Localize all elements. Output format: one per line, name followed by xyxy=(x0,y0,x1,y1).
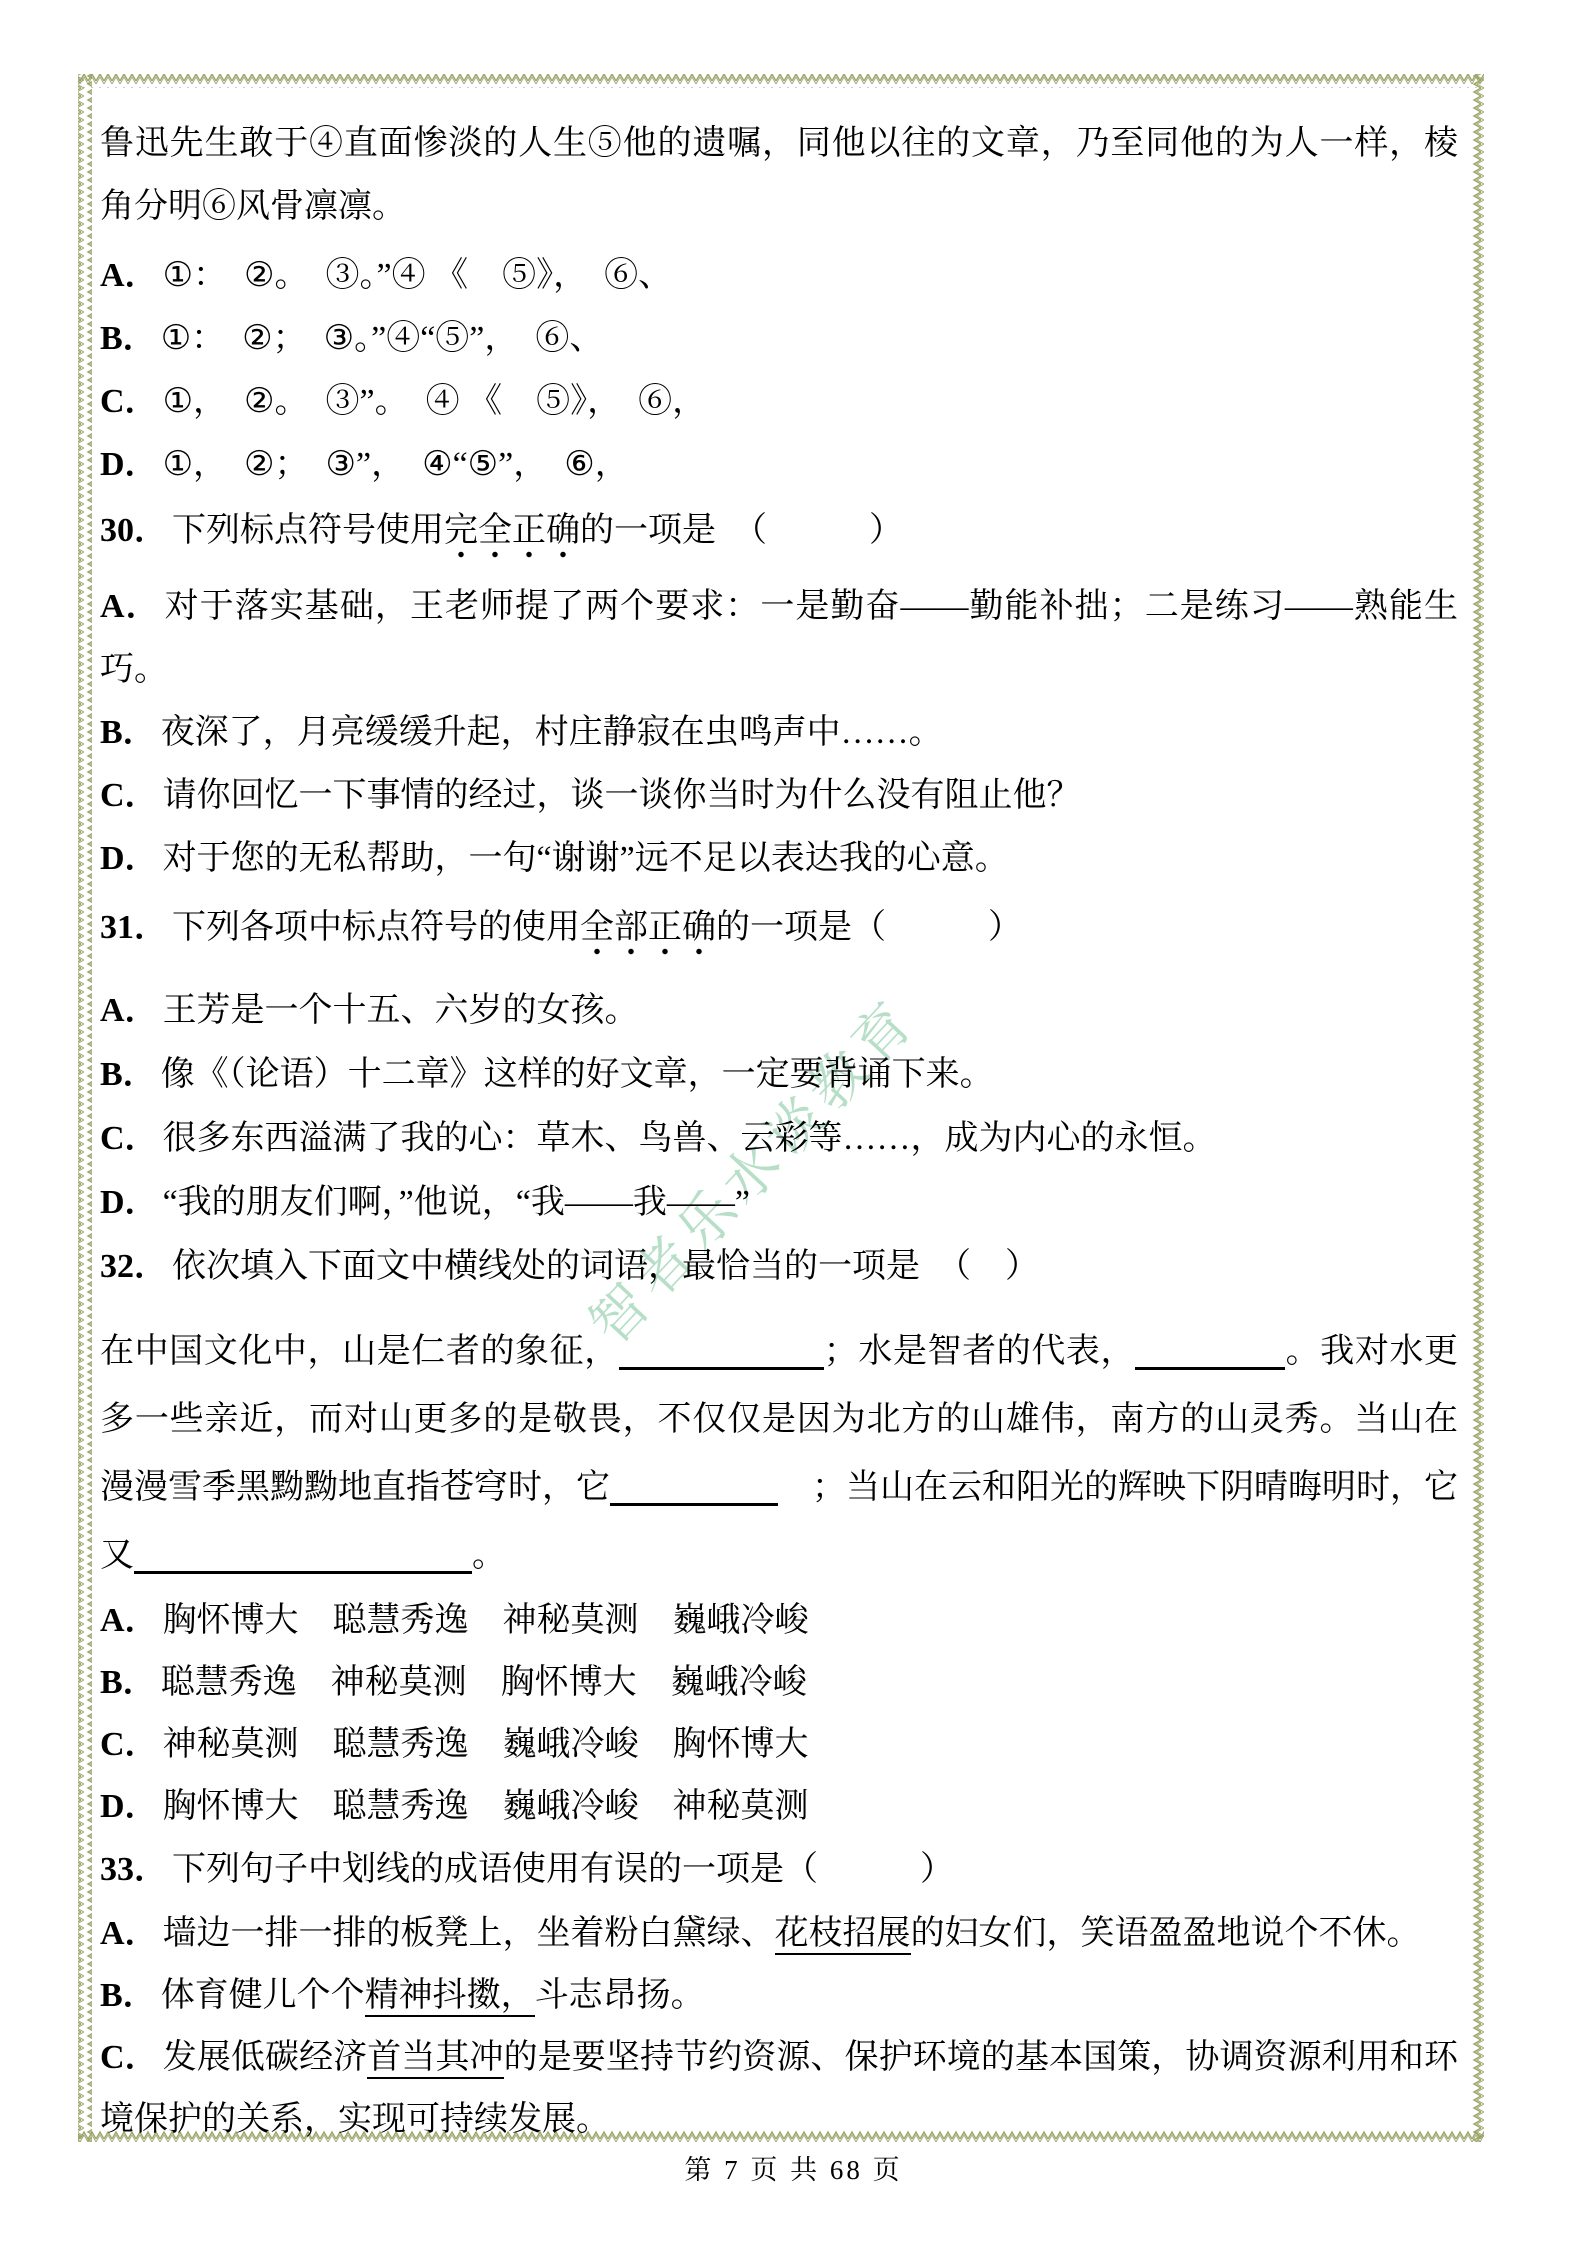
option-label: B． xyxy=(100,714,157,751)
option-text: 像《（论语）十二章》这样的好文章，一定要背诵下来。 xyxy=(161,1056,994,1093)
option-text: 对于落实基础，王老师提了两个要求：一是勤奋——勤能补拙；二是练习——熟能生巧。 xyxy=(100,588,1458,688)
q30-options: A．对于落实基础，王老师提了两个要求：一是勤奋——勤能补拙；二是练习——熟能生巧… xyxy=(100,575,1458,890)
q32-options: A．胸怀博大 聪慧秀逸 神秘莫测 巍峨冷峻 B．聪慧秀逸 神秘莫测 胸怀博大 巍… xyxy=(100,1590,1458,1838)
option-label: A． xyxy=(100,1915,159,1952)
option-row-a: A．胸怀博大 聪慧秀逸 神秘莫测 巍峨冷峻 xyxy=(100,1590,1458,1652)
exam-content: 鲁迅先生敢于④直面惨淡的人生⑤他的遗嘱，同他以往的文章，乃至同他的为人一样，棱角… xyxy=(100,100,1458,2151)
option-label: D． xyxy=(100,1184,159,1221)
option-text: 对于您的无私帮助，一句“谢谢”远不足以表达我的心意。 xyxy=(163,840,1009,877)
option-text: ①， ②； ③”， ④“⑤”， ⑥， xyxy=(163,446,629,483)
option-row-c: C．①， ②。 ③”。 ④ 《 ⑤》， ⑥， xyxy=(100,370,1458,433)
option-row-a: A．墙边一排一排的板凳上，坐着粉白黛绿、花枝招展的妇女们，笑语盈盈地说个不休。 xyxy=(100,1903,1458,1965)
q33-stem: 33．下列句子中划线的成语使用有误的一项是（ ） xyxy=(100,1838,1458,1901)
option-text: “我的朋友们啊，”他说，“我——我——” xyxy=(163,1184,750,1221)
option-label: D． xyxy=(100,840,159,877)
passage-text: 。 xyxy=(472,1537,506,1574)
blank-line-1 xyxy=(619,1337,824,1370)
option-text: 的妇女们，笑语盈盈地说个不休。 xyxy=(911,1915,1421,1952)
option-row-b: B．①： ②； ③。”④“⑤”， ⑥、 xyxy=(100,307,1458,370)
option-row-d: D．对于您的无私帮助，一句“谢谢”远不足以表达我的心意。 xyxy=(100,827,1458,890)
q29-options: A．①： ②。 ③。”④ 《 ⑤》， ⑥、 B．①： ②； ③。”④“⑤”， ⑥… xyxy=(100,244,1458,496)
option-row-a: A．对于落实基础，王老师提了两个要求：一是勤奋——勤能补拙；二是练习——熟能生巧… xyxy=(100,575,1458,701)
q31-options: A．王芳是一个十五、六岁的女孩。 B．像《（论语）十二章》这样的好文章，一定要背… xyxy=(100,979,1458,1235)
option-text: 胸怀博大 聪慧秀逸 神秘莫测 巍峨冷峻 xyxy=(163,1602,809,1639)
option-row-b: B．像《（论语）十二章》这样的好文章，一定要背诵下来。 xyxy=(100,1043,1458,1107)
option-row-c: C．请你回忆一下事情的经过，谈一谈你当时为什么没有阻止他？ xyxy=(100,764,1458,827)
question-number: 33． xyxy=(100,1851,168,1888)
option-text: ①： ②； ③。”④“⑤”， ⑥、 xyxy=(161,320,604,357)
option-label: B． xyxy=(100,1056,157,1093)
q31-stem: 31．下列各项中标点符号的使用全部正确的一项是（ ） xyxy=(100,896,1458,959)
stem-text: 的一项是（ ） xyxy=(716,909,1022,946)
option-label: C． xyxy=(100,1726,159,1763)
option-text: 神秘莫测 聪慧秀逸 巍峨冷峻 胸怀博大 xyxy=(163,1726,809,1763)
option-label: B． xyxy=(100,320,157,357)
border-right xyxy=(1470,74,1484,2142)
option-label: A． xyxy=(100,588,161,625)
option-label: D． xyxy=(100,446,159,483)
option-label: C． xyxy=(100,2039,159,2076)
option-text: 聪慧秀逸 神秘莫测 胸怀博大 巍峨冷峻 xyxy=(161,1664,807,1701)
option-text: 发展低碳经济 xyxy=(163,2039,368,2076)
option-label: C． xyxy=(100,1120,159,1157)
stem-text: 下列各项中标点符号的使用 xyxy=(172,909,580,946)
option-text: 请你回忆一下事情的经过，谈一谈你当时为什么没有阻止他？ xyxy=(163,777,1081,814)
q33-options: A．墙边一排一排的板凳上，坐着粉白黛绿、花枝招展的妇女们，笑语盈盈地说个不休。 … xyxy=(100,1903,1458,2151)
passage-text: 在中国文化中，山是仁者的象征， xyxy=(100,1333,619,1370)
passage-text: ；水是智者的代表， xyxy=(824,1333,1135,1370)
option-text: 很多东西溢满了我的心：草木、鸟兽、云彩等……，成为内心的永恒。 xyxy=(163,1120,1217,1157)
option-text: 体育健儿个个 xyxy=(161,1977,365,2014)
option-text: ①， ②。 ③”。 ④ 《 ⑤》， ⑥， xyxy=(163,383,707,420)
option-row-b: B．体育健儿个个精神抖擞，斗志昂扬。 xyxy=(100,1965,1458,2027)
option-label: A． xyxy=(100,992,159,1029)
passage-continuation: 鲁迅先生敢于④直面惨淡的人生⑤他的遗嘱，同他以往的文章，乃至同他的为人一样，棱角… xyxy=(100,112,1458,238)
option-label: C． xyxy=(100,777,159,814)
option-label: B． xyxy=(100,1664,157,1701)
option-row-d: D．胸怀博大 聪慧秀逸 巍峨冷峻 神秘莫测 xyxy=(100,1776,1458,1838)
option-row-c: C．很多东西溢满了我的心：草木、鸟兽、云彩等……，成为内心的永恒。 xyxy=(100,1107,1458,1171)
option-label: B． xyxy=(100,1977,157,2014)
option-text: ①： ②。 ③。”④ 《 ⑤》， ⑥、 xyxy=(163,257,673,294)
option-row-c: C．神秘莫测 聪慧秀逸 巍峨冷峻 胸怀博大 xyxy=(100,1714,1458,1776)
border-left xyxy=(78,74,92,2142)
stem-emphasized-text: 完全正确 xyxy=(444,512,580,559)
question-number: 31． xyxy=(100,909,168,946)
option-row-b: B．夜深了，月亮缓缓升起，村庄静寂在虫鸣声中……。 xyxy=(100,701,1458,764)
stem-text: 的一项是 （ ） xyxy=(580,512,903,549)
blank-line-4 xyxy=(134,1541,472,1574)
underlined-idiom: 花枝招展 xyxy=(775,1915,911,1955)
blank-line-3 xyxy=(610,1473,778,1506)
stem-emphasized-text: 全部正确 xyxy=(580,909,716,956)
stem-text: 依次填入下面文中横线处的词语，最恰当的一项是 （ ） xyxy=(172,1248,1039,1285)
stem-text: 下列句子中划线的成语使用有误的一项是（ ） xyxy=(172,1851,954,1888)
stem-text: 下列标点符号使用 xyxy=(172,512,444,549)
q32-passage: 在中国文化中，山是仁者的象征，；水是智者的代表，。我对水更多一些亲近，而对山更多… xyxy=(100,1318,1458,1590)
option-text: 王芳是一个十五、六岁的女孩。 xyxy=(163,992,639,1029)
option-text: 斗志昂扬。 xyxy=(535,1977,705,2014)
option-row-c: C．发展低碳经济首当其冲的是要坚持节约资源、保护环境的基本国策，协调资源利用和环… xyxy=(100,2027,1458,2151)
option-label: A． xyxy=(100,1602,159,1639)
option-row-d: D．①， ②； ③”， ④“⑤”， ⑥， xyxy=(100,433,1458,496)
blank-line-2 xyxy=(1135,1337,1285,1370)
underlined-idiom: 首当其冲 xyxy=(367,2039,503,2079)
q30-stem: 30．下列标点符号使用完全正确的一项是 （ ） xyxy=(100,499,1458,562)
option-text: 胸怀博大 聪慧秀逸 巍峨冷峻 神秘莫测 xyxy=(163,1788,809,1825)
question-number: 32． xyxy=(100,1248,168,1285)
option-row-b: B．聪慧秀逸 神秘莫测 胸怀博大 巍峨冷峻 xyxy=(100,1652,1458,1714)
exam-page: 智者乐水谈教育 鲁迅先生敢于④直面惨淡的人生⑤他的遗嘱，同他以往的文章，乃至同他… xyxy=(0,0,1587,2245)
page-footer: 第 7 页 共 68 页 xyxy=(0,2148,1587,2187)
option-text: 墙边一排一排的板凳上，坐着粉白黛绿、 xyxy=(163,1915,775,1952)
underlined-idiom: 精神抖擞， xyxy=(365,1977,535,2017)
option-text: 夜深了，月亮缓缓升起，村庄静寂在虫鸣声中……。 xyxy=(161,714,943,751)
question-number: 30． xyxy=(100,512,168,549)
option-row-a: A．王芳是一个十五、六岁的女孩。 xyxy=(100,979,1458,1043)
q32-stem: 32．依次填入下面文中横线处的词语，最恰当的一项是 （ ） xyxy=(100,1235,1458,1298)
option-label: A． xyxy=(100,257,159,294)
option-label: D． xyxy=(100,1788,159,1825)
option-label: C． xyxy=(100,383,159,420)
option-row-a: A．①： ②。 ③。”④ 《 ⑤》， ⑥、 xyxy=(100,244,1458,307)
border-top xyxy=(78,74,1484,88)
option-row-d: D．“我的朋友们啊，”他说，“我——我——” xyxy=(100,1171,1458,1235)
